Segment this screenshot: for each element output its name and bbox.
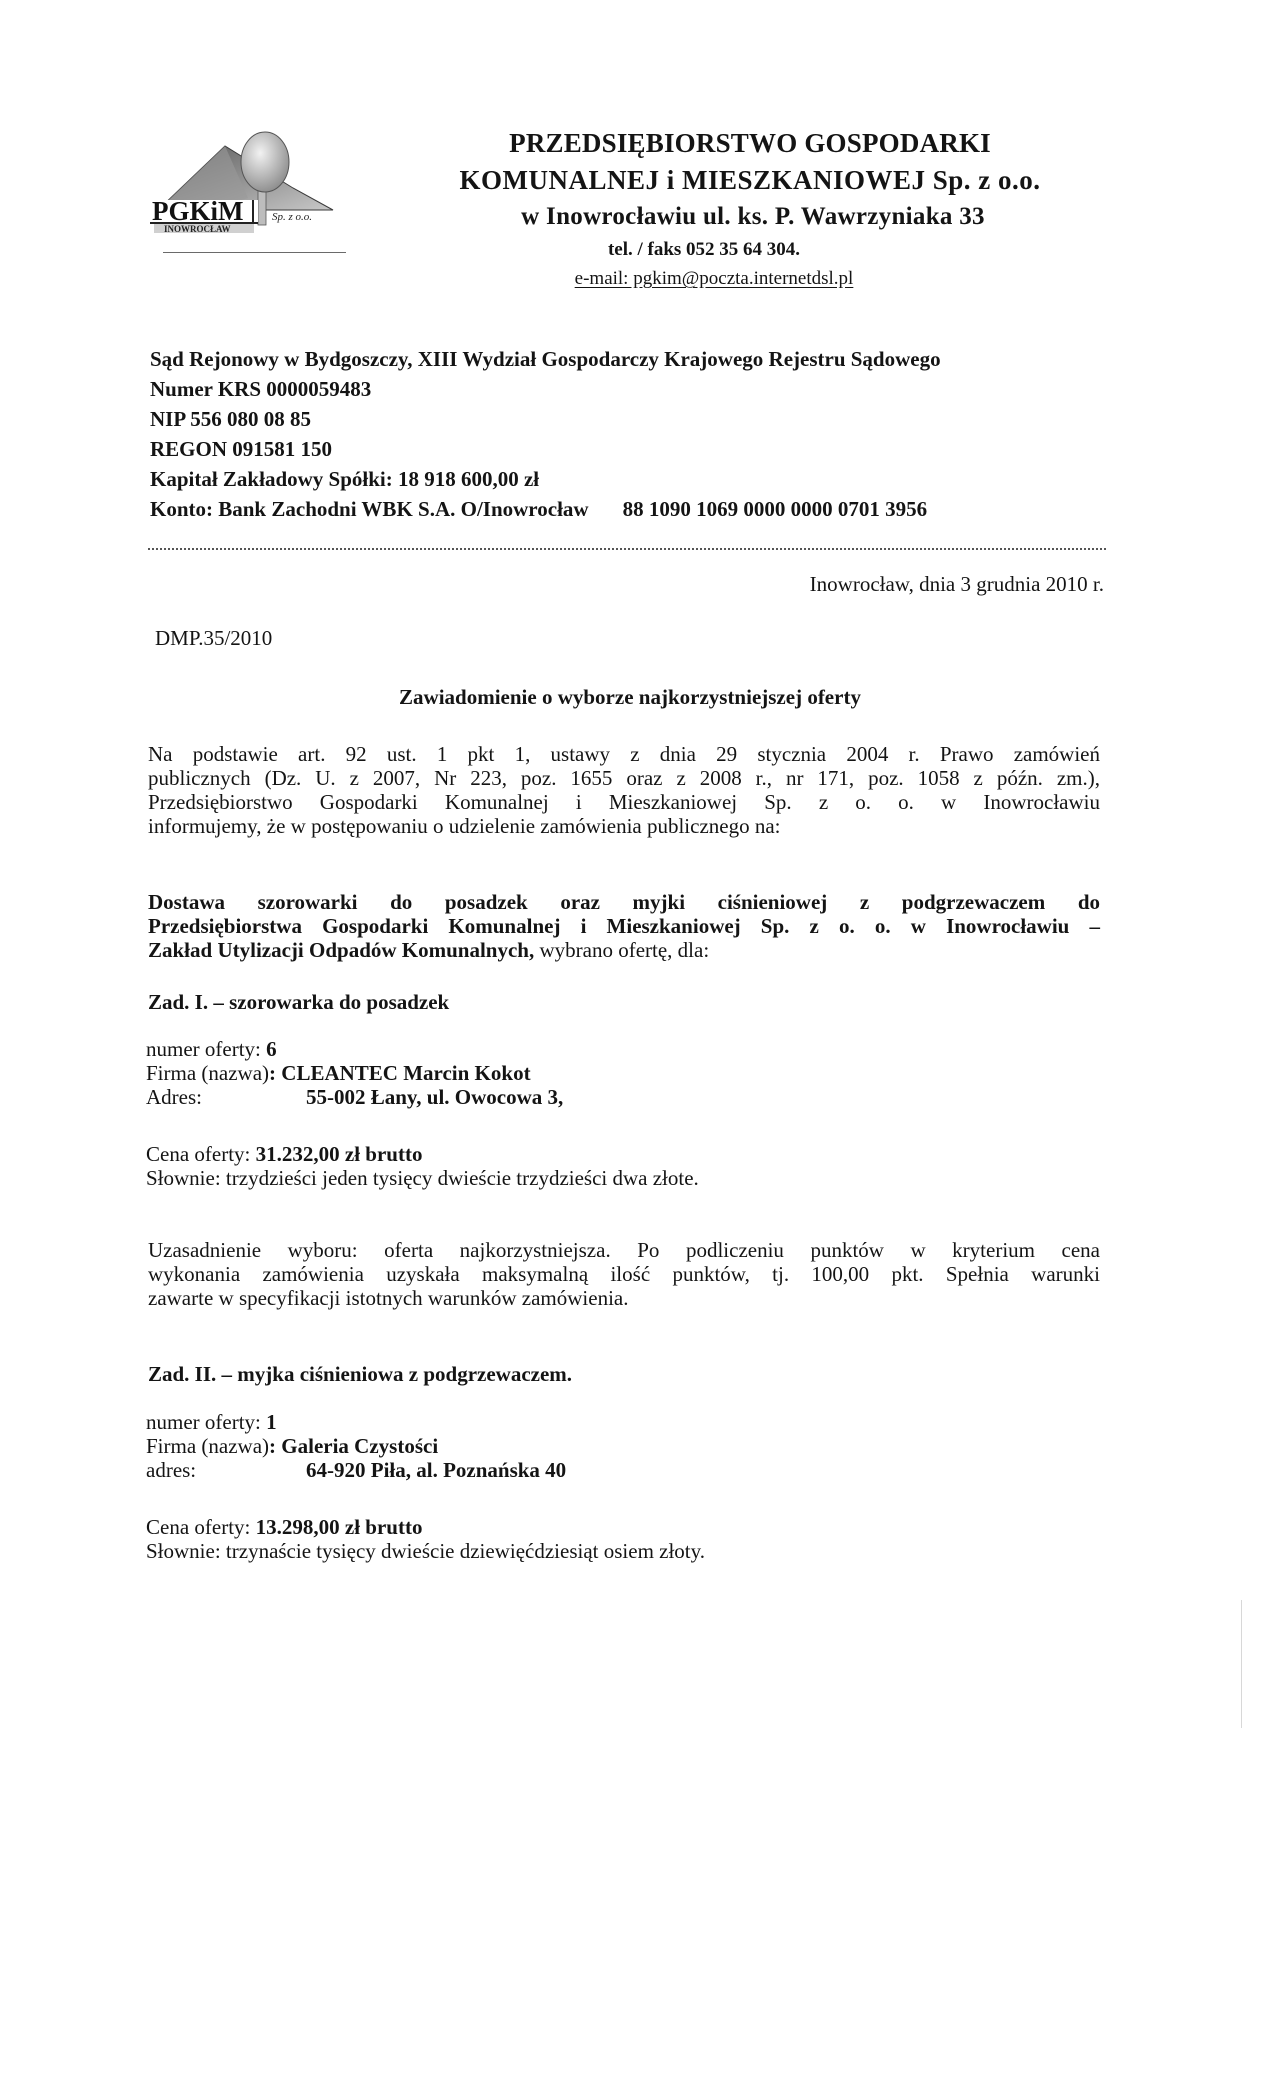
logo-underline-divider (163, 252, 346, 253)
price-label: Cena oferty: (146, 1515, 256, 1539)
bank-name: Konto: Bank Zachodni WBK S.A. O/Inowrocł… (150, 497, 589, 521)
address-value: 55-002 Łany, ul. Owocowa 3, (306, 1085, 563, 1109)
logo-text: PGKiM (152, 196, 243, 226)
firm-value: : CLEANTEC Marcin Kokot (269, 1061, 531, 1085)
task-2-price: Cena oferty: 13.298,00 zł brutto (146, 1515, 422, 1539)
company-name-line2: KOMUNALNEJ i MIESZKANIOWEJ Sp. z o.o. (400, 167, 1100, 194)
account-number: 88 1090 1069 0000 0000 0701 3956 (623, 494, 928, 524)
subject-line: Dostawa szorowarki do posadzek oraz myjk… (148, 890, 1100, 914)
task-1-justification: Uzasadnienie wyboru: oferta najkorzystni… (148, 1238, 1100, 1310)
dotted-divider (148, 548, 1106, 550)
bank-account: Konto: Bank Zachodni WBK S.A. O/Inowrocł… (150, 494, 1110, 524)
subject-line-normal: wybrano ofertę, dla: (534, 938, 709, 962)
task-1-firm: Firma (nazwa): CLEANTEC Marcin Kokot (146, 1061, 531, 1085)
justification-line: wykonania zamówienia uzyskała maksymalną… (148, 1262, 1100, 1286)
intro-line: informujemy, że w postępowaniu o udziele… (148, 814, 1100, 838)
subject-line-bold: Zakład Utylizacji Odpadów Komunalnych, (148, 938, 534, 962)
logo-mountain-tree-icon: PGKiM Sp. z o.o. INOWROCŁAW (148, 128, 363, 233)
task-2-heading: Zad. II. – myjka ciśnieniowa z podgrzewa… (148, 1362, 572, 1387)
task-2-address: adres:64-920 Piła, al. Poznańska 40 (146, 1458, 566, 1482)
company-name-line1: PRZEDSIĘBIORSTWO GOSPODARKI (400, 130, 1100, 157)
price-value: 31.232,00 zł brutto (256, 1142, 423, 1166)
price-label: Cena oferty: (146, 1142, 256, 1166)
justification-line: zawarte w specyfikacji istotnych warunkó… (148, 1286, 1100, 1310)
document-title: Zawiadomienie o wyborze najkorzystniejsz… (150, 685, 1110, 710)
task-2-offer-number: numer oferty: 1 (146, 1410, 277, 1434)
krs-number: Numer KRS 0000059483 (150, 374, 1110, 404)
subject-line: Przedsiębiorstwa Gospodarki Komunalnej i… (148, 914, 1100, 938)
firm-label: Firma (nazwa) (146, 1434, 269, 1458)
share-capital: Kapitał Zakładowy Spółki: 18 918 600,00 … (150, 464, 1110, 494)
justification-line: Uzasadnienie wyboru: oferta najkorzystni… (148, 1238, 1100, 1262)
intro-line: publicznych (Dz. U. z 2007, Nr 223, poz.… (148, 766, 1100, 790)
logo-suffix: Sp. z o.o. (272, 211, 312, 223)
company-phone: tel. / faks 052 35 64 304. (400, 240, 1100, 259)
task-1-heading: Zad. I. – szorowarka do posadzek (148, 990, 449, 1015)
registry-info: Sąd Rejonowy w Bydgoszczy, XIII Wydział … (150, 344, 1110, 524)
logo-city: INOWROCŁAW (164, 224, 231, 233)
company-header: PRZEDSIĘBIORSTWO GOSPODARKI KOMUNALNEJ i… (400, 130, 1100, 288)
task-2-price-in-words: Słownie: trzynaście tysięcy dwieście dzi… (146, 1539, 705, 1563)
price-value: 13.298,00 zł brutto (256, 1515, 423, 1539)
offer-number-label: numer oferty: (146, 1037, 266, 1061)
company-address: w Inowrocławiu ul. ks. P. Wawrzyniaka 33 (400, 204, 1100, 229)
task-1-address: Adres:55-002 Łany, ul. Owocowa 3, (146, 1085, 563, 1109)
task-1-price: Cena oferty: 31.232,00 zł brutto (146, 1142, 422, 1166)
firm-label: Firma (nazwa) (146, 1061, 269, 1085)
task-1-price-in-words: Słownie: trzydzieści jeden tysięcy dwieś… (146, 1166, 699, 1190)
scan-artifact-line (1241, 1600, 1242, 1728)
intro-line: Przedsiębiorstwo Gospodarki Komunalnej i… (148, 790, 1100, 814)
court-info: Sąd Rejonowy w Bydgoszczy, XIII Wydział … (150, 344, 1110, 374)
subject-line: Zakład Utylizacji Odpadów Komunalnych, w… (148, 938, 1100, 962)
intro-paragraph: Na podstawie art. 92 ust. 1 pkt 1, ustaw… (148, 742, 1100, 838)
company-logo: PGKiM Sp. z o.o. INOWROCŁAW (148, 128, 363, 233)
reference-number: DMP.35/2010 (155, 626, 272, 651)
address-label: adres: (146, 1458, 306, 1482)
nip-number: NIP 556 080 08 85 (150, 404, 1110, 434)
address-label: Adres: (146, 1085, 306, 1109)
firm-value: : Galeria Czystości (269, 1434, 438, 1458)
offer-number-value: 1 (266, 1410, 277, 1434)
place-date: Inowrocław, dnia 3 grudnia 2010 r. (700, 572, 1104, 597)
task-2-firm: Firma (nazwa): Galeria Czystości (146, 1434, 438, 1458)
intro-line: Na podstawie art. 92 ust. 1 pkt 1, ustaw… (148, 742, 1100, 766)
procurement-subject: Dostawa szorowarki do posadzek oraz myjk… (148, 890, 1100, 962)
offer-number-label: numer oferty: (146, 1410, 266, 1434)
task-1-offer-number: numer oferty: 6 (146, 1037, 277, 1061)
regon-number: REGON 091581 150 (150, 434, 1110, 464)
address-value: 64-920 Piła, al. Poznańska 40 (306, 1458, 566, 1482)
company-email: e-mail: pgkim@poczta.internetdsl.pl (400, 269, 1100, 288)
email-link[interactable]: e-mail: pgkim@poczta.internetdsl.pl (575, 268, 854, 289)
offer-number-value: 6 (266, 1037, 277, 1061)
